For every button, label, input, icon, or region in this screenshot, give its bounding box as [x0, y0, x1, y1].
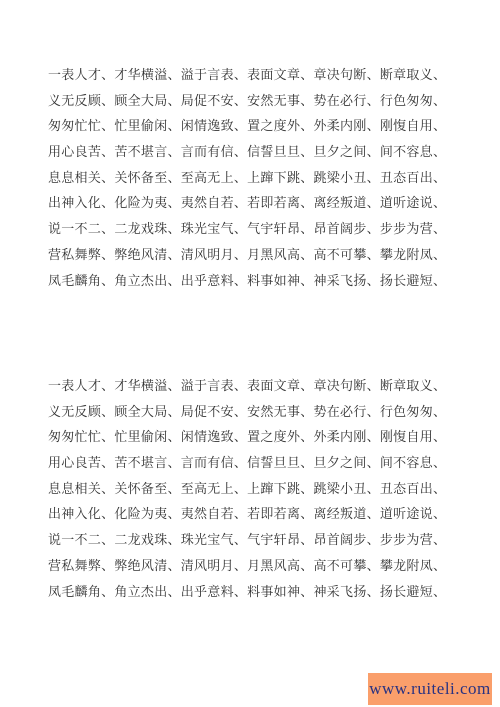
idiom-line: 一表人才、才华横溢、溢于言表、表面文章、章决句断、断章取义、	[48, 62, 446, 88]
idiom-line: 义无反顾、顾全大局、局促不安、安然无事、势在必行、行色匆匆、	[48, 399, 446, 425]
idiom-line: 出神入化、化险为夷、夷然自若、若即若离、离经叛道、道听途说、	[48, 190, 446, 216]
idiom-line: 出神入化、化险为夷、夷然自若、若即若离、离经叛道、道听途说、	[48, 501, 446, 527]
idiom-line: 凤毛麟角、角立杰出、出乎意料、料事如神、神采飞扬、扬长避短、	[48, 268, 446, 294]
document-page: 一表人才、才华横溢、溢于言表、表面文章、章决句断、断章取义、 义无反顾、顾全大局…	[0, 0, 500, 707]
idiom-line: 凤毛麟角、角立杰出、出乎意料、料事如神、神采飞扬、扬长避短、	[48, 579, 446, 605]
idiom-paragraph-1: 一表人才、才华横溢、溢于言表、表面文章、章决句断、断章取义、 义无反顾、顾全大局…	[48, 62, 446, 293]
idiom-line: 说一不二、二龙戏珠、珠光宝气、气宇轩昂、昂首阔步、步步为营、	[48, 216, 446, 242]
idiom-line: 说一不二、二龙戏珠、珠光宝气、气宇轩昂、昂首阔步、步步为营、	[48, 527, 446, 553]
idiom-line: 用心良苦、苦不堪言、言而有信、信誓旦旦、旦夕之间、间不容息、	[48, 139, 446, 165]
watermark-url: www.ruiteli.com	[369, 679, 491, 699]
idiom-line: 息息相关、关怀备至、至高无上、上蹿下跳、跳梁小丑、丑态百出、	[48, 476, 446, 502]
idiom-line: 营私舞弊、弊绝风清、清风明月、月黑风高、高不可攀、攀龙附凤、	[48, 553, 446, 579]
idiom-line: 匆匆忙忙、忙里偷闲、闲情逸致、置之度外、外柔内刚、刚愎自用、	[48, 424, 446, 450]
idiom-line: 营私舞弊、弊绝风清、清风明月、月黑风高、高不可攀、攀龙附凤、	[48, 242, 446, 268]
idiom-line: 匆匆忙忙、忙里偷闲、闲情逸致、置之度外、外柔内刚、刚愎自用、	[48, 113, 446, 139]
idiom-line: 义无反顾、顾全大局、局促不安、安然无事、势在必行、行色匆匆、	[48, 88, 446, 114]
idiom-line: 用心良苦、苦不堪言、言而有信、信誓旦旦、旦夕之间、间不容息、	[48, 450, 446, 476]
idiom-paragraph-2: 一表人才、才华横溢、溢于言表、表面文章、章决句断、断章取义、 义无反顾、顾全大局…	[48, 373, 446, 604]
idiom-line: 一表人才、才华横溢、溢于言表、表面文章、章决句断、断章取义、	[48, 373, 446, 399]
watermark-badge: www.ruiteli.com	[368, 673, 492, 705]
idiom-line: 息息相关、关怀备至、至高无上、上蹿下跳、跳梁小丑、丑态百出、	[48, 165, 446, 191]
